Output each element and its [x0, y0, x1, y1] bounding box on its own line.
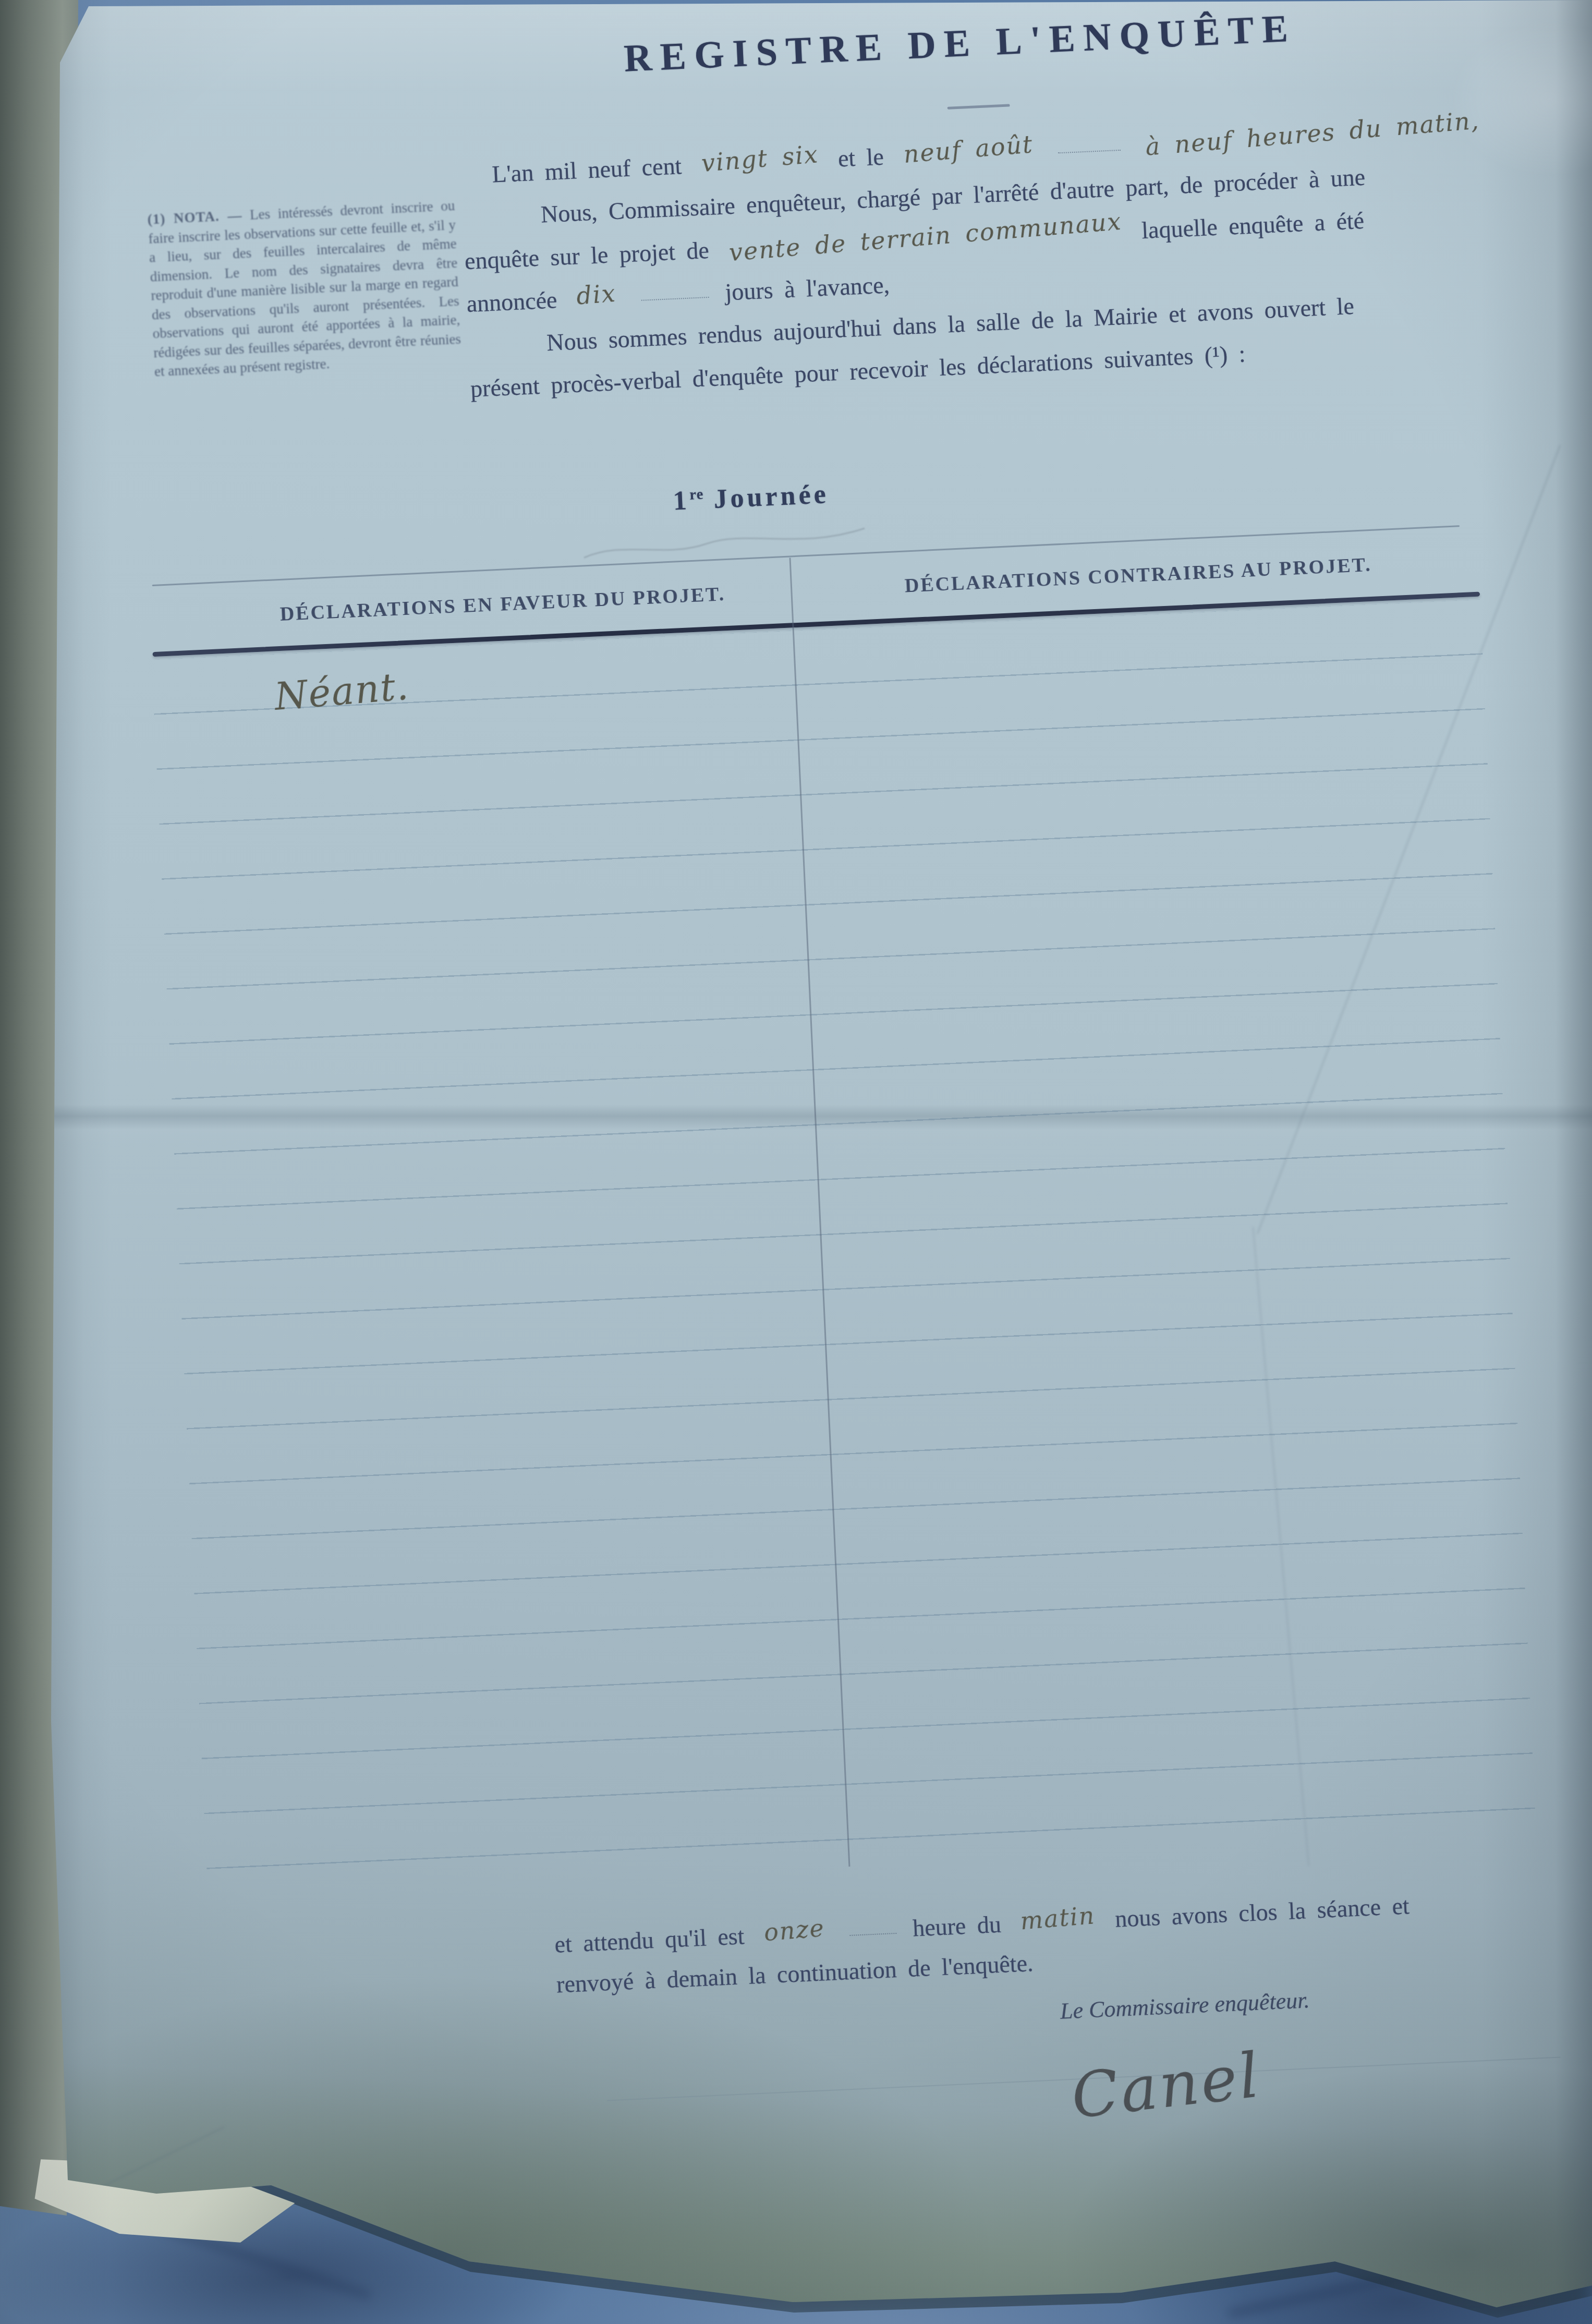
dotted-leader — [1058, 146, 1121, 153]
column-header-right: DÉCLARATIONS CONTRAIRES AU PROJET. — [835, 550, 1441, 601]
photographed-register-page: REGISTRE DE L'ENQUÊTE (1) NOTA. — Les in… — [0, 0, 1592, 2324]
dotted-leader — [641, 293, 709, 301]
day-number: 1 — [673, 486, 691, 516]
handwritten-period: matin — [1019, 1901, 1097, 1935]
printed-text: jours à l'avance, — [724, 271, 890, 305]
day-ordinal: re — [689, 487, 704, 503]
day-heading: 1re Journée — [573, 474, 929, 521]
handwritten-year: vingt six — [700, 140, 819, 177]
table-ruled-lines — [152, 599, 1536, 1886]
day-word: Journée — [713, 479, 829, 514]
printed-content: REGISTRE DE L'ENQUÊTE (1) NOTA. — Les in… — [21, 0, 1592, 2311]
handwritten-hour: onze — [762, 1914, 825, 1946]
printed-text: et attendu qu'il est — [554, 1922, 745, 1957]
document-page: REGISTRE DE L'ENQUÊTE (1) NOTA. — Les in… — [0, 0, 1592, 2324]
handwritten-time: à neuf heures du matin, — [1144, 106, 1480, 161]
page-title: REGISTRE DE L'ENQUÊTE — [501, 1, 1419, 87]
handwritten-days-count: dix — [575, 279, 617, 310]
column-header-left: DÉCLARATIONS EN FAVEUR DU PROJET. — [218, 580, 787, 628]
handwritten-date: neuf août — [902, 130, 1034, 168]
dotted-leader — [849, 1929, 896, 1936]
printed-text: nous avons clos la séance et — [1114, 1892, 1410, 1932]
printed-text: L'an mil neuf cent — [491, 152, 682, 187]
printed-text: heure du — [912, 1911, 1002, 1942]
printed-text: annoncée — [466, 286, 558, 317]
opening-paragraph: L'an mil neuf cent vingt six et le neuf … — [460, 113, 1539, 417]
commissioner-signature: Canel — [1067, 2039, 1265, 2132]
title-divider — [947, 104, 1010, 109]
nota-margin-note: (1) NOTA. — Les intéressés devront inscr… — [147, 196, 462, 381]
printed-text: et le — [837, 143, 884, 172]
nota-label: (1) NOTA. — — [147, 207, 242, 227]
